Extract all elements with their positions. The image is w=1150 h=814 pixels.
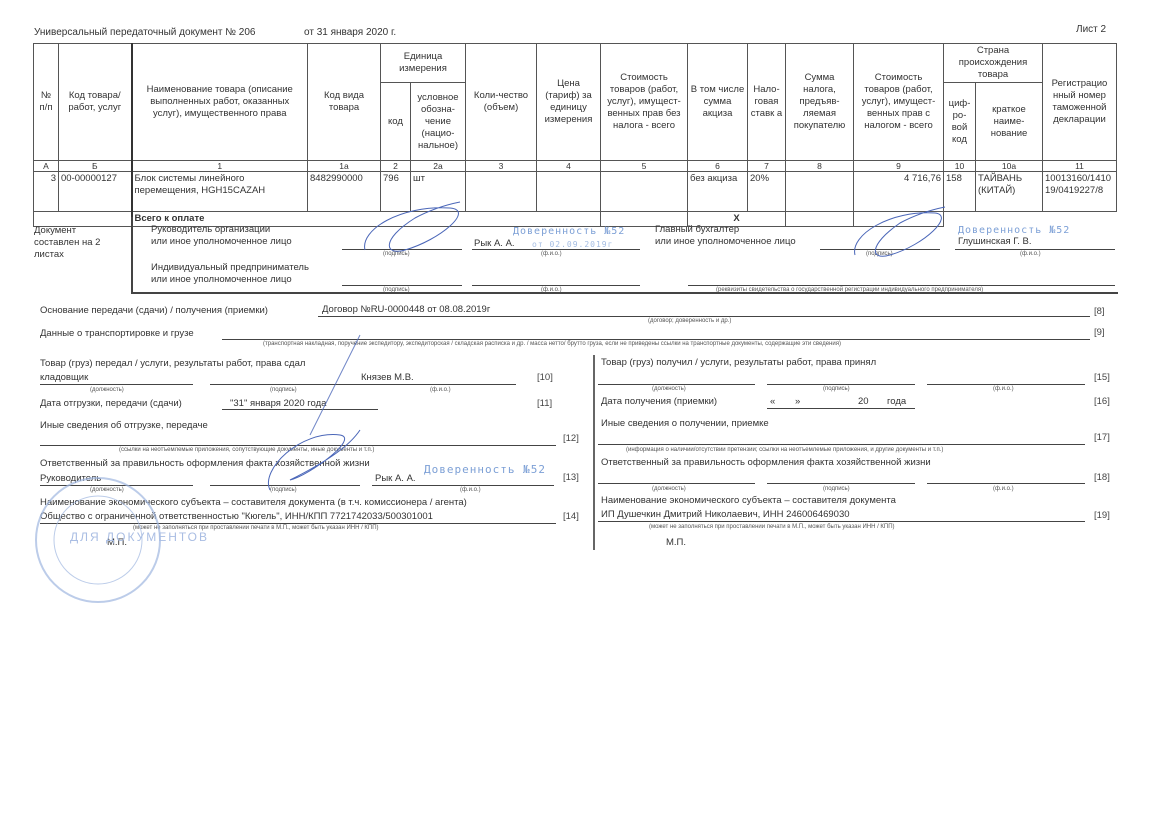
receive-label: Товар (груз) получил / услуги, результат… [601,357,876,368]
recv-date-open: « [770,396,775,407]
right-entity-caption: (может не заполняться при проставлении п… [649,524,895,530]
receive-position-line[interactable] [598,384,755,385]
field-code: [11] [537,398,552,409]
column-numbers-row: А Б 1 1а 2 2а 3 4 5 6 7 8 9 10 10а 11 [34,161,1117,172]
basis-value: Договор №RU-0000448 от 08.08.2019г [322,304,490,315]
header-unit-code: код [381,83,411,161]
colnum: 1 [132,161,308,172]
header-cost-with-tax: Стоимость товаров (работ, услуг), имущес… [854,44,944,161]
ip-sign-line[interactable] [342,285,462,286]
colnum: 3 [466,161,537,172]
recv-date-close: » [795,396,800,407]
field-code: [9] [1094,327,1105,338]
proxy-stamp-date: от 02.09.2019г [532,240,613,249]
receive-sign-line[interactable] [767,384,915,385]
right-resp-name-line[interactable] [927,483,1085,484]
ship-other-label: Иные сведения об отгрузке, передаче [40,420,208,431]
header-code: Код товара/ работ, услуг [59,44,132,161]
colnum: Б [59,161,132,172]
header-country-group: Страна происхождения товара [944,44,1043,83]
cell-code: 00-00000127 [59,172,132,212]
right-entity-value: ИП Душечкин Дмитрий Николаевич, ИНН 2460… [601,509,850,520]
ship-date-label: Дата отгрузки, передачи (сдачи) [40,398,182,409]
column-divider [593,355,595,550]
right-resp-position-line[interactable] [598,483,755,484]
header-unit-group: Единица измерения [381,44,466,83]
colnum: 7 [748,161,786,172]
header-price: Цена (тариф) за единицу измерения [537,44,601,161]
caption: (ф.и.о.) [460,487,481,493]
caption: (должность) [652,386,686,392]
recv-other-line[interactable] [598,444,1085,445]
caption: (должность) [90,387,124,393]
ip-label-2: или иное уполномоченное лицо [151,274,292,285]
field-code: [16] [1094,396,1110,407]
colnum: 1а [308,161,381,172]
signature-scribble-icon [250,420,370,500]
accountant-label-1: Главный бухгалтер [655,224,739,235]
cell-tax-sum [786,172,854,212]
document-title: Универсальный передаточный документ № 20… [34,27,255,38]
caption: (подпись) [823,386,850,392]
colnum: 11 [1043,161,1117,172]
header-kind-code: Код вида товара [308,44,381,161]
right-resp-sign-line[interactable] [767,483,915,484]
ip-label-1: Индивидуальный предприниматель [151,262,309,273]
cell-cost-no-tax [601,172,688,212]
header-excise: В том числе сумма акциза [688,44,748,161]
caption: (ф.и.о.) [993,386,1014,392]
recv-date-line[interactable] [767,408,915,409]
transfer-label: Товар (груз) передал / услуги, результат… [40,358,305,369]
basis-line[interactable] [318,316,1090,317]
transfer-name-line[interactable] [358,384,516,385]
signature-scribble-icon [360,200,480,260]
caption: (реквизиты свидетельства о государственн… [716,287,983,293]
left-resp-name: Рык А. А. [375,473,416,484]
proxy-stamp: Доверенность №52 [424,463,546,476]
header-qty: Коли-чество (объем) [466,44,537,161]
colnum: 5 [601,161,688,172]
cell-customs: 10013160/141019/0419227/8 [1043,172,1117,212]
accountant-label-2: или иное уполномоченное лицо [655,236,796,247]
basis-label: Основание передачи (сдачи) / получения (… [40,305,268,316]
field-code: [10] [537,372,553,383]
items-table: № п/п Код товара/ работ, услуг Наименова… [33,43,1117,227]
cell-name: Блок системы линейного перемещения, HGH1… [132,172,308,212]
caption: (подпись) [823,486,850,492]
accountant-name-line[interactable] [955,249,1115,250]
colnum: 6 [688,161,748,172]
transfer-position: кладовщик [40,372,88,383]
signature-scribble-icon [850,205,960,265]
cell-country-name: ТАЙВАНЬ (КИТАЙ) [976,172,1043,212]
caption: (ф.и.о.) [541,251,562,257]
header-country-name: краткое наиме-нование [976,83,1043,161]
right-entity-line[interactable] [598,521,1085,522]
accountant-name: Глушинская Г. В. [958,236,1032,247]
transfer-position-line[interactable] [40,384,193,385]
header-tax-rate: Нало-говая ставк а [748,44,786,161]
head-name-line[interactable] [472,249,640,250]
header-cost-no-tax: Стоимость товаров (работ, услуг), имущес… [601,44,688,161]
basis-caption: (договор; доверенность и др.) [648,318,731,324]
receive-name-line[interactable] [927,384,1085,385]
recv-other-label: Иные сведения о получении, приемке [601,418,769,429]
header-country-code: циф-ро-вой код [944,83,976,161]
cell-num: 3 [34,172,59,212]
cell-price [537,172,601,212]
proxy-stamp: Доверенность №52 [513,226,625,237]
caption: (ф.и.о.) [1020,251,1041,257]
head-label-1: Руководитель организации [151,224,270,235]
company-seal-text: ДЛЯ ДОКУМЕНТОВ [70,530,209,544]
colnum: 8 [786,161,854,172]
ip-reg-line[interactable] [688,285,1115,286]
field-code: [12] [563,433,579,444]
colnum: 10а [976,161,1043,172]
field-code: [18] [1094,472,1110,483]
document-sheets-note: Документ составлен на 2 листах [34,225,124,261]
field-code: [13] [563,472,579,483]
caption: (ф.и.о.) [541,287,562,293]
colnum: А [34,161,59,172]
caption: (ф.и.о.) [993,486,1014,492]
head-name: Рык А. А. [474,238,515,249]
ip-name-line[interactable] [472,285,640,286]
header-num: № п/п [34,44,59,161]
sheet-number: Лист 2 [1076,24,1106,35]
transport-label: Данные о транспортировке и грузе [40,328,194,339]
right-entity-label: Наименование экономического субъекта – с… [601,495,896,506]
header-tax-sum: Сумма налога, предъяв-ляемая покупателю [786,44,854,161]
cell-excise: без акциза [688,172,748,212]
cell-tax-rate: 20% [748,172,786,212]
left-resp-name-line[interactable] [372,485,554,486]
field-code: [19] [1094,510,1110,521]
colnum: 10 [944,161,976,172]
proxy-stamp: Доверенность №52 [958,225,1070,236]
right-resp-label: Ответственный за правильность оформления… [601,457,931,468]
recv-date-label: Дата получения (приемки) [601,396,717,407]
colnum: 2а [411,161,466,172]
recv-date-year: 20 [858,396,869,407]
header-unit-name: условное обозна-чение (нацио-нальное) [411,83,466,161]
field-code: [14] [563,511,579,522]
colnum: 4 [537,161,601,172]
recv-other-caption: (информация о наличии/отсутствии претенз… [626,447,943,453]
header-customs: Регистрацио нный номер таможенной деклар… [1043,44,1117,161]
caption: (ф.и.о.) [430,387,451,393]
colnum: 9 [854,161,944,172]
field-code: [17] [1094,432,1110,443]
head-label-2: или иное уполномоченное лицо [151,236,292,247]
header-name: Наименование товара (описание выполненны… [132,44,308,161]
caption: (должность) [652,486,686,492]
right-mp: М.П. [666,537,686,548]
caption: (подпись) [270,387,297,393]
recv-date-suffix: года [887,396,906,407]
colnum: 2 [381,161,411,172]
field-code: [8] [1094,306,1105,317]
field-code: [15] [1094,372,1110,383]
document-date: от 31 января 2020 г. [304,27,396,38]
caption: (подпись) [383,287,410,293]
